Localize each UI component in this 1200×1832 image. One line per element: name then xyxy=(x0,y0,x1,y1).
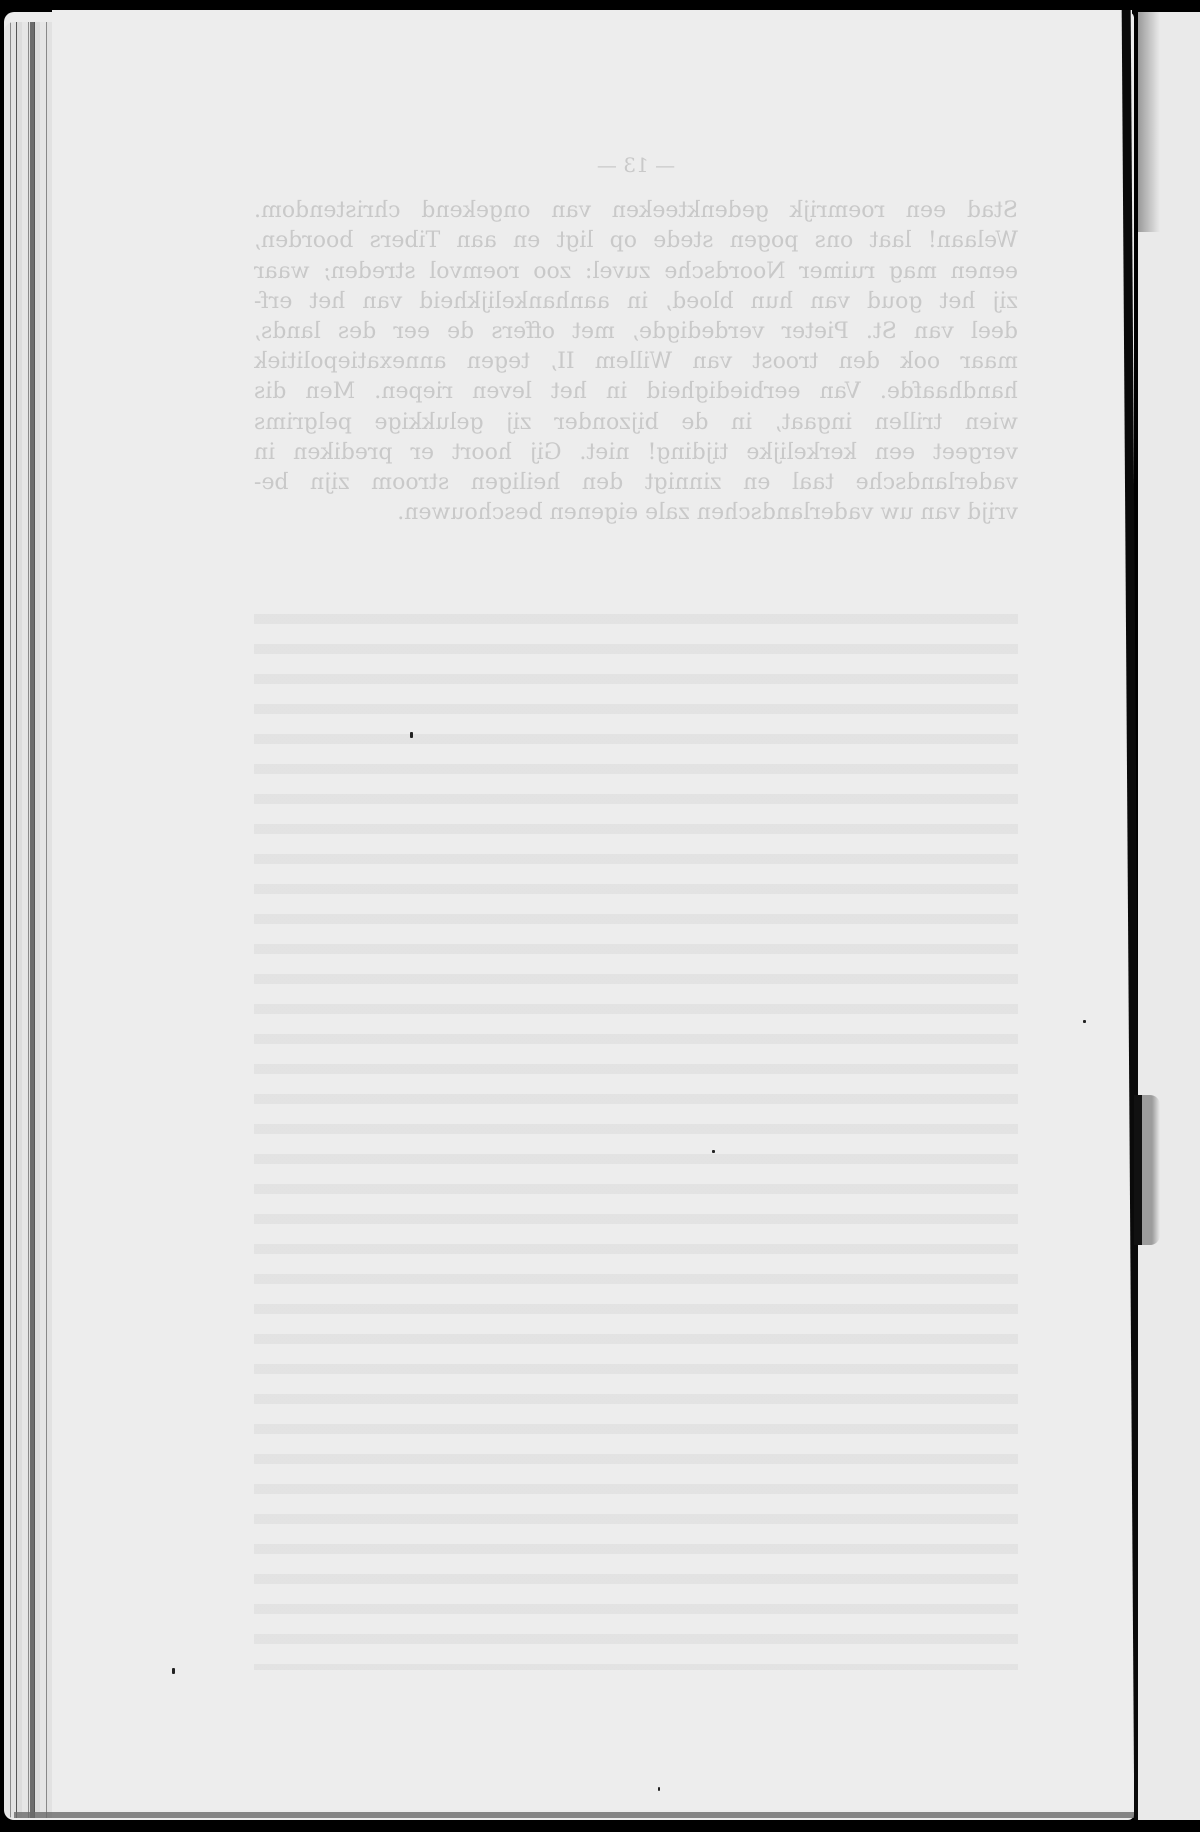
text-line: Welaan! laat ons pogen stede op ligt en … xyxy=(254,226,1018,256)
bleed-through-text: — 13 — Stad een roemrijk gedenkteeken va… xyxy=(254,150,1018,528)
text-line: vaderlandsche taal en zinnigt den heilig… xyxy=(254,468,1018,498)
facing-page-edge xyxy=(1138,12,1200,1820)
text-line: vrijd van uw vaderlandschen zale eigenen… xyxy=(254,498,1018,528)
page-bottom-edge xyxy=(14,1812,1134,1818)
text-line: zij het goud van hun bloed, in aanhankel… xyxy=(254,287,1018,317)
ink-speck xyxy=(658,1787,660,1791)
page-number: — 13 — xyxy=(254,150,1018,180)
ink-speck xyxy=(410,732,413,738)
text-line: deel van St. Pieter verdedigde, met offe… xyxy=(254,317,1018,347)
text-line: eenen mag ruimer Noordsche zuvel: zoo ro… xyxy=(254,257,1018,287)
gutter-shadow xyxy=(1138,12,1160,232)
faint-bleed-through-block xyxy=(254,600,1018,1670)
text-line: vergeet een kerkelijke tijding! niet. Gi… xyxy=(254,438,1018,468)
page-edges xyxy=(4,22,52,1818)
text-line: Stad een roemrijk gedenkteeken van ongek… xyxy=(254,196,1018,226)
page-tear xyxy=(1134,1095,1160,1245)
ink-speck xyxy=(712,1150,715,1153)
ink-speck xyxy=(1083,1020,1086,1023)
text-line: handhaafde. Van eerbiedigheid in het lev… xyxy=(254,377,1018,407)
text-line: wien trillen ingaat, in de bijzonder zij… xyxy=(254,408,1018,438)
ink-speck xyxy=(172,1668,175,1674)
text-line: maar ook den troost van Willem II, tegen… xyxy=(254,347,1018,377)
